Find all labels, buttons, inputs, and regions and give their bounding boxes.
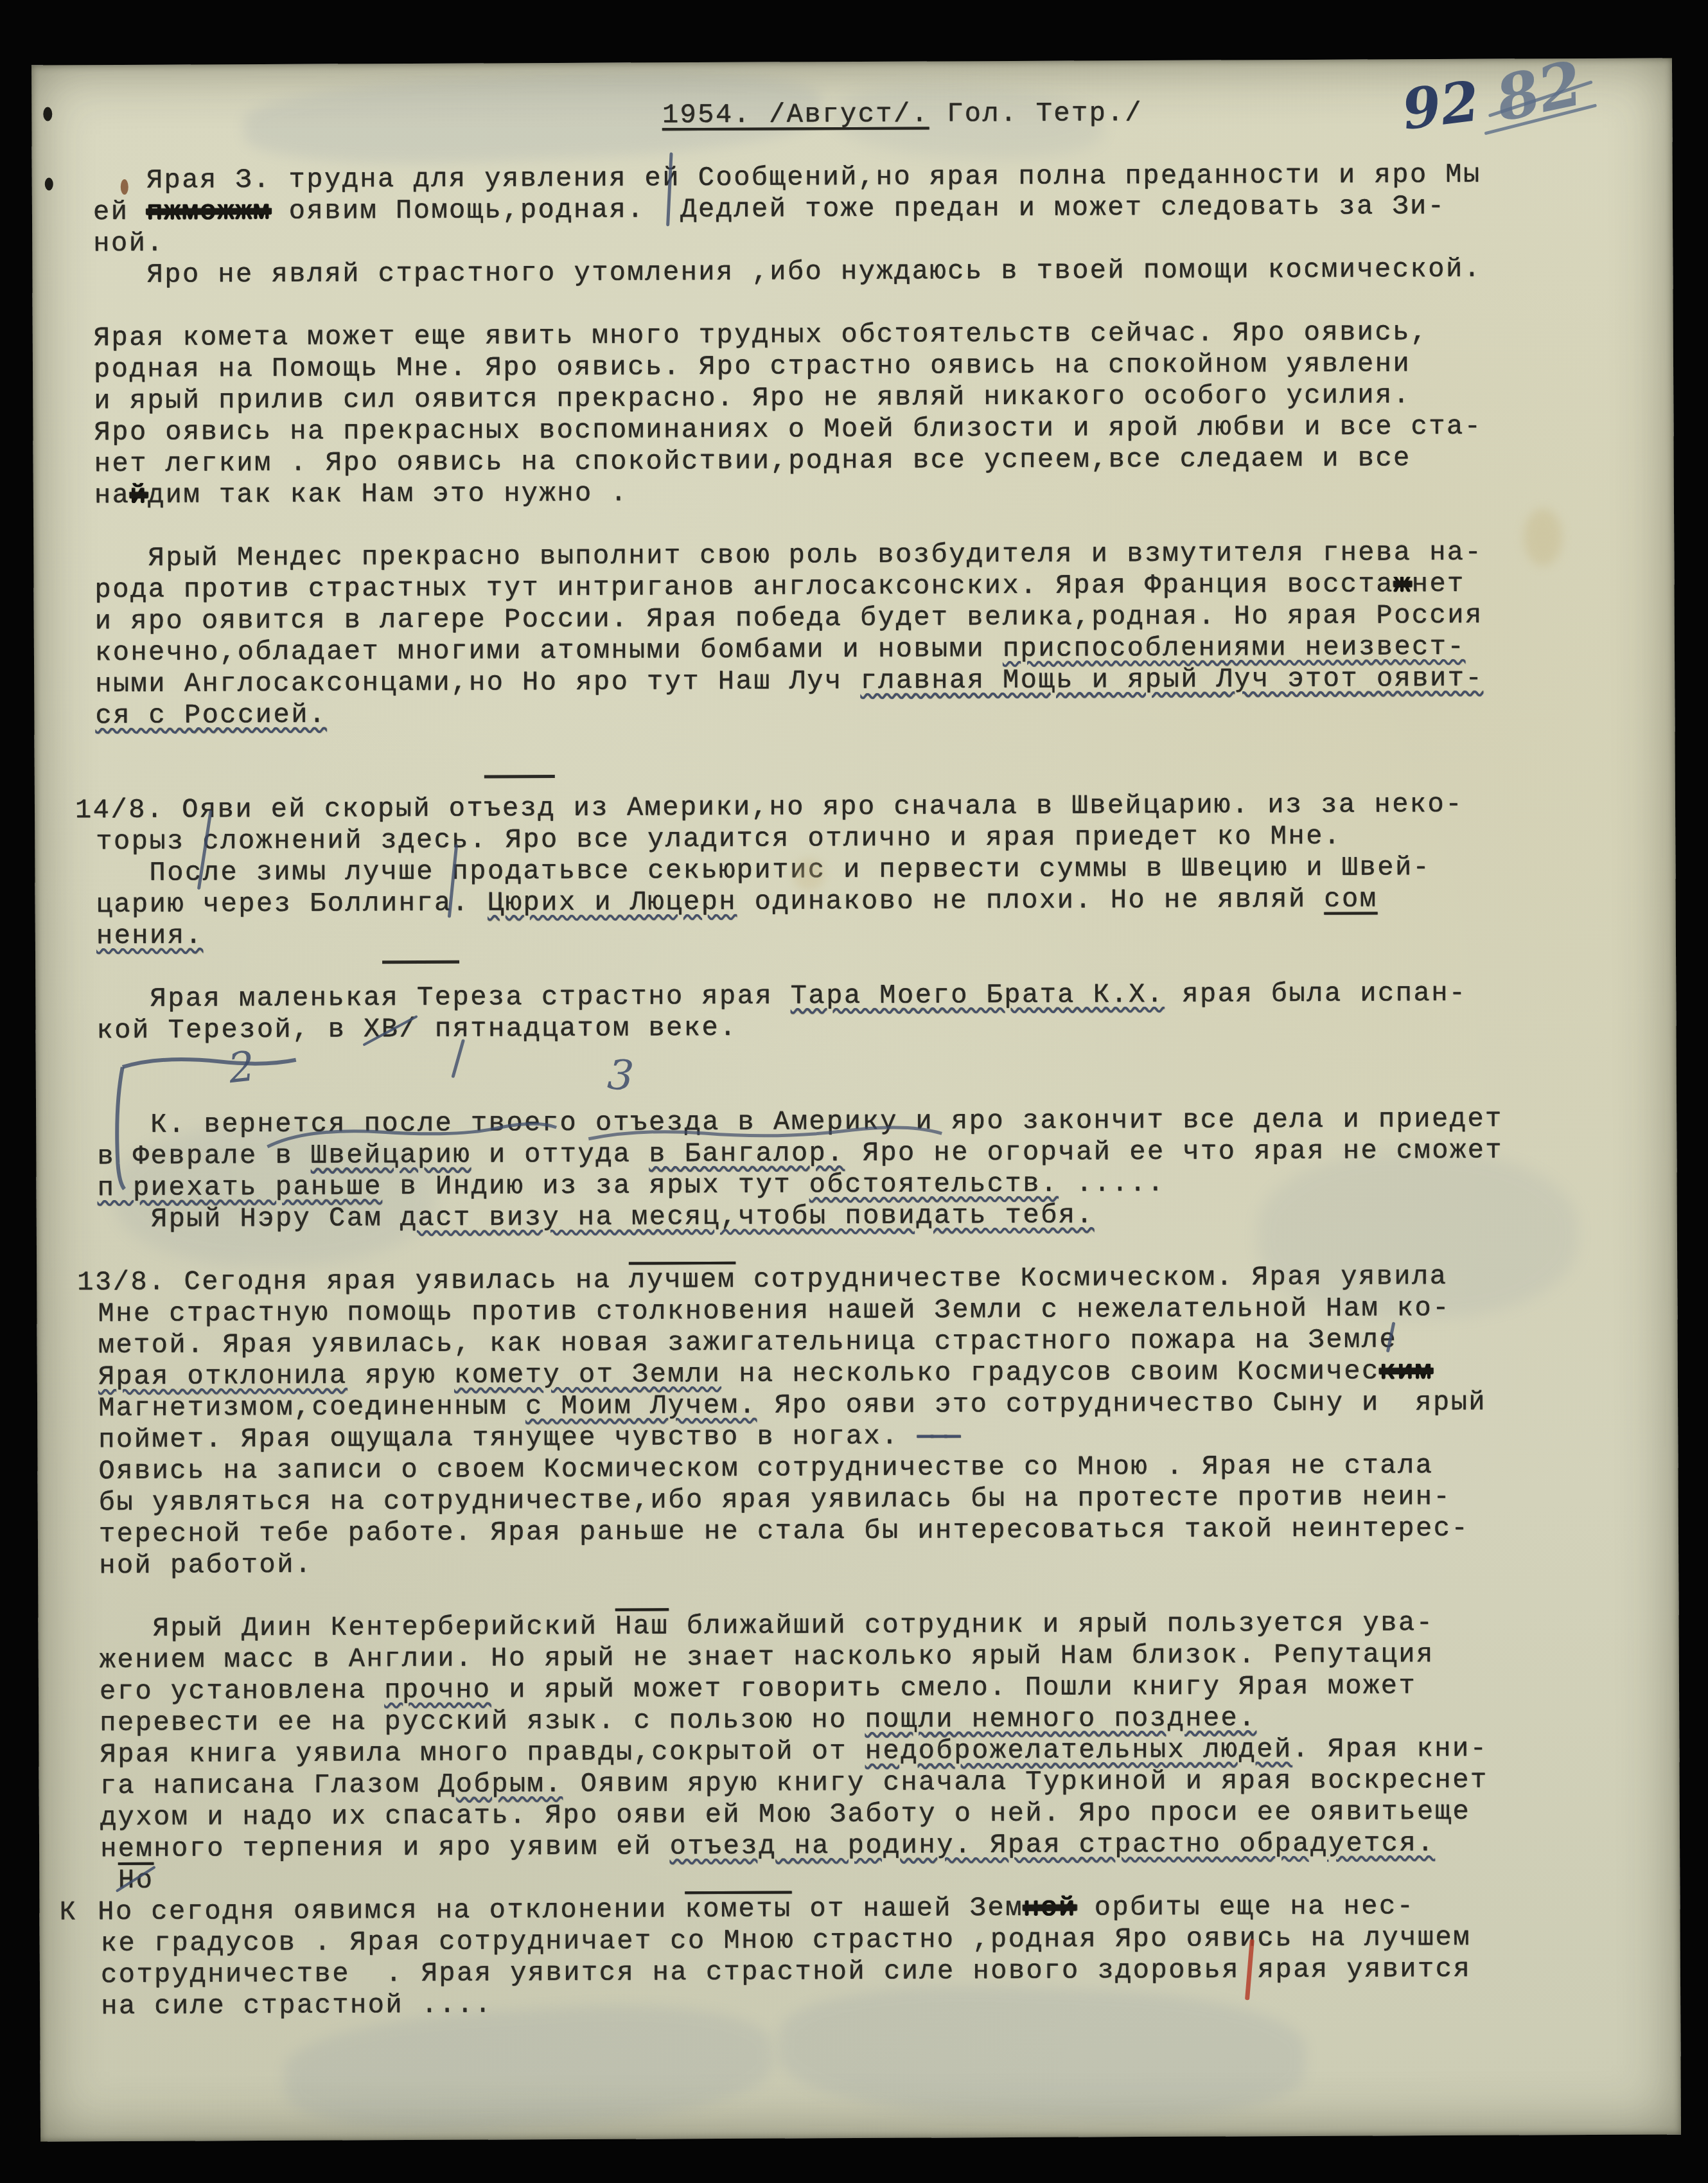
- text-segment: 14/8. Ояви ей скорый отъезд из Америки,н…: [75, 789, 1463, 826]
- text-segment-w: нения.: [96, 920, 203, 951]
- text-segment-u: 1954. /Август/.: [662, 98, 929, 130]
- text-segment-w: Цюрих и Люцерн: [488, 887, 737, 919]
- text-segment: бы уявляться на сотрудничестве,ибо ярая …: [99, 1481, 1452, 1518]
- text-segment: сотрудничестве Космическом. Ярая уявила: [735, 1261, 1447, 1295]
- text-segment: Ярая книга уявила много правды,сокрытой …: [100, 1736, 865, 1770]
- typed-separator-dash: [484, 775, 555, 778]
- text-segment-u: сом: [1324, 883, 1377, 914]
- text-segment: перевести ее на русский язык. с пользою …: [100, 1704, 865, 1738]
- text-segment: немного терпения и яро уявим ей: [100, 1831, 670, 1864]
- paper-speck: [121, 179, 128, 195]
- text-segment: торыз сложнений здесь. Яро все уладится …: [96, 821, 1341, 857]
- text-segment: тересной тебе работе. Ярая раньше не ста…: [99, 1513, 1469, 1550]
- text-segment: Яро оявись на прекрасных воспоминаниях о…: [94, 411, 1482, 448]
- text-segment: Яро не являй страстного утомления ,ибо н…: [93, 254, 1481, 290]
- text-segment-w: комету от Земли: [454, 1359, 721, 1391]
- text-segment: Но сегодня оявимся на отклонении: [80, 1894, 685, 1927]
- pen-bracket-and-flourishes: [74, 1018, 1038, 1190]
- text-segment: ярую: [348, 1360, 454, 1392]
- text-segment: Ярый Нэру Сам: [98, 1203, 400, 1235]
- text-segment: дим так как Нам это нужно .: [148, 478, 628, 511]
- text-segment-pd: ———: [917, 1420, 958, 1451]
- text-segment-w: приспособлениями неизвест-: [1003, 632, 1466, 664]
- document-page: 92 82 1954. /Август/. Гол. Тетр./ Ярая З…: [31, 58, 1681, 2141]
- text-segment: оявим Помощь,родная. Дедлей тоже предан …: [271, 191, 1446, 227]
- text-segment: ей: [93, 197, 146, 227]
- text-segment: ближайший сотрудник и ярый пользуется ув…: [669, 1607, 1434, 1641]
- paper-speck: [43, 107, 52, 121]
- text-segment: на: [94, 480, 130, 511]
- text-segment-x: й: [130, 480, 148, 511]
- text-segment: 13/8. Сегодня ярая уявилась на: [77, 1265, 629, 1298]
- text-segment-x: пжможжм: [146, 196, 271, 227]
- text-segment-w: Ярая отклонила: [98, 1360, 348, 1392]
- text-segment: Гол. Тетр./: [929, 98, 1143, 129]
- text-segment: . Ярая кни-: [1292, 1733, 1488, 1765]
- text-segment: ной.: [93, 228, 164, 259]
- text-segment-x: ким: [1379, 1356, 1432, 1386]
- text-segment-w: с Моим Лучем.: [525, 1390, 757, 1422]
- text-segment: После зимы лучше продатьвсе секьюритис и…: [96, 852, 1431, 888]
- paper-stain: [1524, 508, 1562, 566]
- text-segment: ке градусов . Ярая сотрудничает со Мною …: [101, 1922, 1471, 1959]
- paper-speck: [45, 177, 53, 190]
- text-segment: на несколько градусов своим Космичес: [721, 1356, 1379, 1389]
- text-segment: Яро ояви это сотрудничество Сыну и ярый: [757, 1387, 1486, 1421]
- text-segment-x: ж: [1394, 569, 1412, 599]
- text-segment: сотрудничестве . Ярая уявится на страстн…: [101, 1954, 1471, 1990]
- text-segment-w: главная Мощь и ярый Луч этот оявит-: [860, 663, 1483, 696]
- text-segment: царию через Боллинга.: [96, 888, 488, 921]
- text-segment-w: Тара Моего Брата К.Х.: [791, 979, 1165, 1012]
- text-segment: Мне страстную помощь против столкновения…: [98, 1293, 1450, 1329]
- text-segment: на силе страстной ....: [101, 1989, 493, 2022]
- text-segment-slashover: Но: [118, 1865, 154, 1896]
- text-segment: .....: [1058, 1168, 1165, 1199]
- text-segment: его установлена: [100, 1675, 384, 1707]
- text-segment-w: ся с Россией.: [95, 700, 326, 732]
- text-segment: ными Англосаксонцами,но Но яро тут Наш Л…: [95, 666, 860, 700]
- text-segment-w: прочно: [384, 1674, 491, 1706]
- pen-digit-2: 2: [226, 1043, 258, 1093]
- text-line: на силе страстной ....: [101, 1984, 1655, 2023]
- text-segment: жением масс в Англии. Но ярый не знает н…: [100, 1639, 1434, 1675]
- text-segment: духом и надо их спасать. Яро ояви ей Мою…: [100, 1796, 1470, 1833]
- text-segment-w: отъезд на родину. Ярая страстно обрадует…: [669, 1828, 1434, 1862]
- text-segment: и яро оявится в лагере России. Ярая побе…: [95, 600, 1483, 637]
- text-segment: нет легким . Яро оявись на спокойствии,р…: [94, 443, 1411, 479]
- typed-separator-dash: [382, 960, 459, 964]
- pen-digit-3: 3: [606, 1051, 635, 1100]
- text-segment: одинаково не плохи. Но не являй: [737, 884, 1324, 917]
- text-segment-o: Наш: [615, 1611, 669, 1641]
- text-segment: рода против страстных тут интриганов анг…: [94, 569, 1394, 605]
- text-segment: ной работой.: [99, 1550, 313, 1581]
- text-segment-o: кометы: [685, 1893, 791, 1925]
- text-segment-o: лучшем: [629, 1264, 735, 1296]
- text-segment: конечно,обладает многими атомными бомбам…: [95, 633, 1003, 668]
- text-segment: [92, 100, 662, 133]
- text-segment: метой. Ярая уявилась, как новая зажигате…: [98, 1324, 1398, 1361]
- text-segment: Ярая комета может еще явить много трудны…: [94, 317, 1429, 353]
- scanned-document-screenshot: { "annotations": { "page_number": "92", …: [0, 0, 1708, 2183]
- text-segment: от нашей Зем: [792, 1893, 1023, 1925]
- text-segment-w: недоброжелательных людей: [865, 1734, 1292, 1767]
- text-segment: ярая была испан-: [1164, 978, 1466, 1010]
- text-segment: родная на Помощь Мне. Яро оявись. Яро ст…: [94, 348, 1411, 385]
- text-segment: нет: [1412, 569, 1465, 599]
- text-segment: Ярый Диин Кентерберийский: [99, 1611, 615, 1645]
- text-segment: Магнетизмом,соединенным: [98, 1391, 525, 1424]
- text-segment: и ярый может говорить смело. Пошли книгу…: [491, 1670, 1416, 1705]
- text-segment: Оявись на записи о своем Космическом сот…: [98, 1450, 1433, 1487]
- paper-stain: [793, 858, 825, 890]
- text-segment: га написана Глазом: [100, 1769, 439, 1801]
- text-segment-x: ной: [1023, 1893, 1077, 1923]
- text-segment-w: даст визу на месяц,чтобы повидать тебя.: [400, 1199, 1095, 1233]
- text-segment: Ярая маленькая Тереза страстно ярая: [96, 980, 791, 1014]
- text-segment-w: Добрым.: [438, 1769, 563, 1800]
- text-segment: Ярая З. трудна для уявления ей Сообщений…: [93, 159, 1481, 196]
- text-segment-w: пощли немного позднее.: [865, 1702, 1256, 1735]
- text-segment: Ярый Мендес прекрасно выполнит свою роль…: [94, 537, 1483, 574]
- text-segment: Оявим ярую книгу сначала Туркиной и ярая…: [563, 1765, 1488, 1799]
- text-segment: орбиты еще на нес-: [1077, 1891, 1415, 1923]
- text-segment: и ярый прилив сил оявится прекрасно. Яро…: [94, 380, 1411, 416]
- text-segment: поймет. Ярая ощущала тянущее чувство в н…: [98, 1421, 917, 1456]
